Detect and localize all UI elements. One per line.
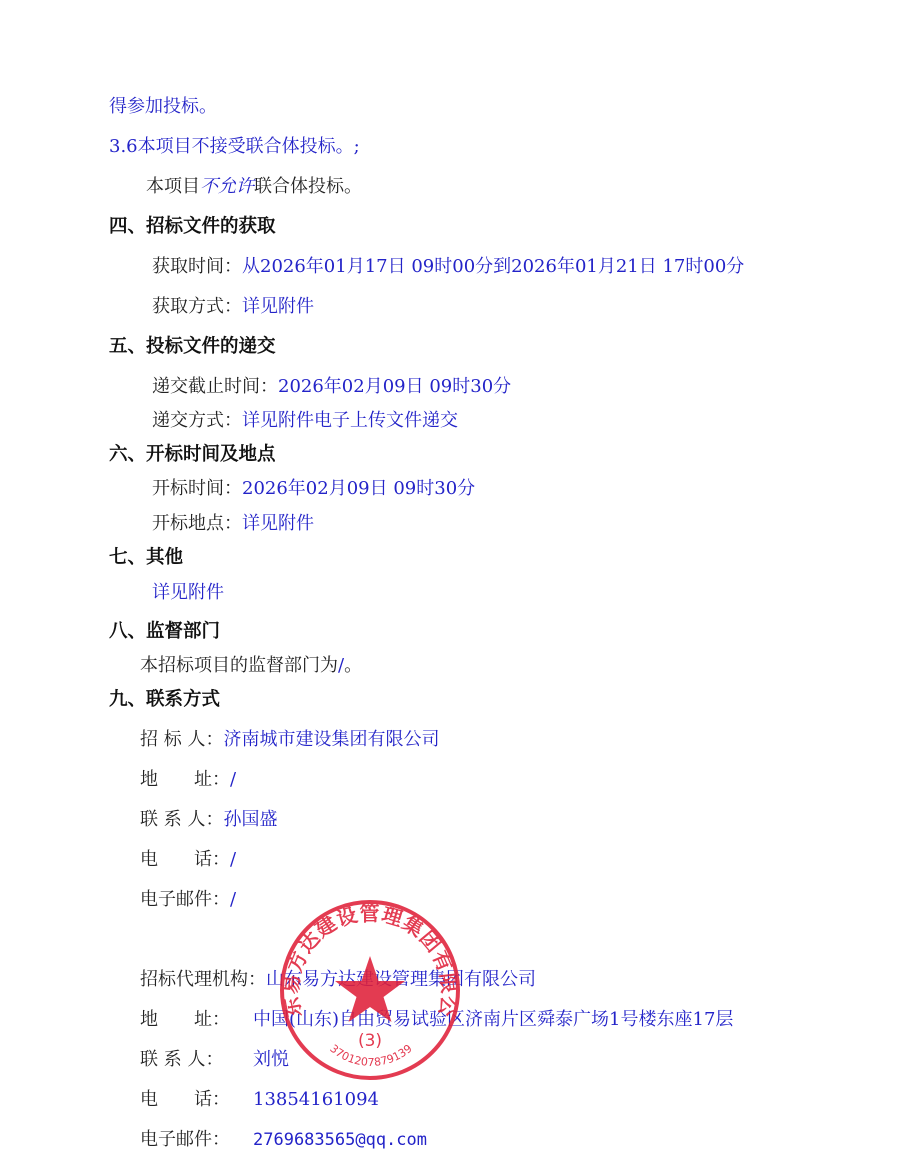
agency-name-label: 招标代理机构： bbox=[140, 969, 266, 990]
opening-time-label: 开标时间： bbox=[152, 478, 242, 499]
agency-phone-label: 电 话： bbox=[140, 1089, 253, 1111]
opening-place-value: 详见附件 bbox=[242, 513, 314, 534]
opening-time-value: 2026年02月09日 09时30分 bbox=[242, 478, 475, 499]
section-5-title: 五、投标文件的递交 bbox=[109, 336, 276, 358]
section-6-title: 六、开标时间及地点 bbox=[109, 444, 276, 466]
agency-phone-value: 13854161094 bbox=[253, 1089, 379, 1110]
tenderer-name-label: 招 标 人： bbox=[140, 729, 223, 750]
tenderer-name-row: 招 标 人：济南城市建设集团有限公司 bbox=[140, 729, 439, 751]
supervision-text: 本招标项目的监督部门为/。 bbox=[140, 655, 362, 677]
agency-phone-row: 电 话：13854161094 bbox=[140, 1089, 379, 1111]
obtain-time-label: 获取时间： bbox=[152, 256, 242, 277]
submit-method-value: 详见附件电子上传文件递交 bbox=[242, 410, 458, 431]
consortium-pre: 本项目 bbox=[146, 176, 200, 197]
tenderer-email-value: / bbox=[230, 889, 236, 910]
supervision-pre: 本招标项目的监督部门为 bbox=[140, 655, 338, 676]
other-value: 详见附件 bbox=[152, 582, 224, 604]
tenderer-address-label: 地 址： bbox=[140, 769, 230, 790]
tenderer-phone-row: 电 话：/ bbox=[140, 849, 236, 871]
consortium-statement: 本项目不允许联合体投标。 bbox=[146, 176, 362, 198]
tenderer-email-row: 电子邮件：/ bbox=[140, 889, 236, 911]
opening-time-row: 开标时间：2026年02月09日 09时30分 bbox=[152, 478, 475, 500]
obtain-time-row: 获取时间：从2026年01月17日 09时00分到2026年01月21日 17时… bbox=[152, 256, 744, 278]
section-9-title: 九、联系方式 bbox=[109, 689, 220, 711]
tenderer-phone-value: / bbox=[230, 849, 236, 870]
agency-email-row: 电子邮件：2769683565@qq.com bbox=[140, 1129, 427, 1151]
tenderer-contact-row: 联 系 人：孙国盛 bbox=[140, 809, 277, 831]
submit-method-row: 递交方式：详见附件电子上传文件递交 bbox=[152, 410, 458, 432]
opening-place-label: 开标地点： bbox=[152, 513, 242, 534]
submit-deadline-label: 递交截止时间： bbox=[152, 376, 278, 397]
agency-contact-label: 联 系 人： bbox=[140, 1049, 253, 1071]
agency-address-label: 地 址： bbox=[140, 1009, 253, 1031]
supervision-post: 。 bbox=[344, 655, 362, 676]
tenderer-email-label: 电子邮件： bbox=[140, 889, 230, 910]
submit-deadline-value: 2026年02月09日 09时30分 bbox=[278, 376, 511, 397]
agency-email-label: 电子邮件： bbox=[140, 1129, 253, 1151]
seal-star-icon bbox=[335, 956, 405, 1022]
opening-place-row: 开标地点：详见附件 bbox=[152, 513, 314, 535]
clause-3-6: 3.6本项目不接受联合体投标。; bbox=[109, 136, 360, 158]
obtain-method-label: 获取方式： bbox=[152, 296, 242, 317]
obtain-method-row: 获取方式：详见附件 bbox=[152, 296, 314, 318]
section-7-title: 七、其他 bbox=[109, 547, 183, 569]
tenderer-address-row: 地 址：/ bbox=[140, 769, 236, 791]
seal-number: (3) bbox=[358, 1031, 382, 1051]
submit-deadline-row: 递交截止时间：2026年02月09日 09时30分 bbox=[152, 376, 511, 398]
tenderer-contact-label: 联 系 人： bbox=[140, 809, 223, 830]
tenderer-address-value: / bbox=[230, 769, 236, 790]
section-8-title: 八、监督部门 bbox=[109, 621, 220, 643]
official-seal-icon: 山东易方达建设管理集团有限公司 (3) 3701207879139 bbox=[278, 898, 462, 1082]
consortium-post: 联合体投标。 bbox=[254, 176, 362, 197]
tenderer-name-value: 济南城市建设集团有限公司 bbox=[223, 729, 439, 750]
tenderer-contact-value: 孙国盛 bbox=[223, 809, 277, 830]
submit-method-label: 递交方式： bbox=[152, 410, 242, 431]
section-4-title: 四、招标文件的获取 bbox=[109, 216, 276, 238]
tenderer-phone-label: 电 话： bbox=[140, 849, 230, 870]
agency-contact-row: 联 系 人：刘悦 bbox=[140, 1049, 289, 1071]
obtain-method-value: 详见附件 bbox=[242, 296, 314, 317]
obtain-time-value: 从2026年01月17日 09时00分到2026年01月21日 17时00分 bbox=[242, 256, 744, 277]
continued-text: 得参加投标。 bbox=[109, 96, 217, 118]
agency-email-value: 2769683565@qq.com bbox=[253, 1130, 427, 1150]
consortium-not-allowed: 不允许 bbox=[200, 176, 254, 197]
